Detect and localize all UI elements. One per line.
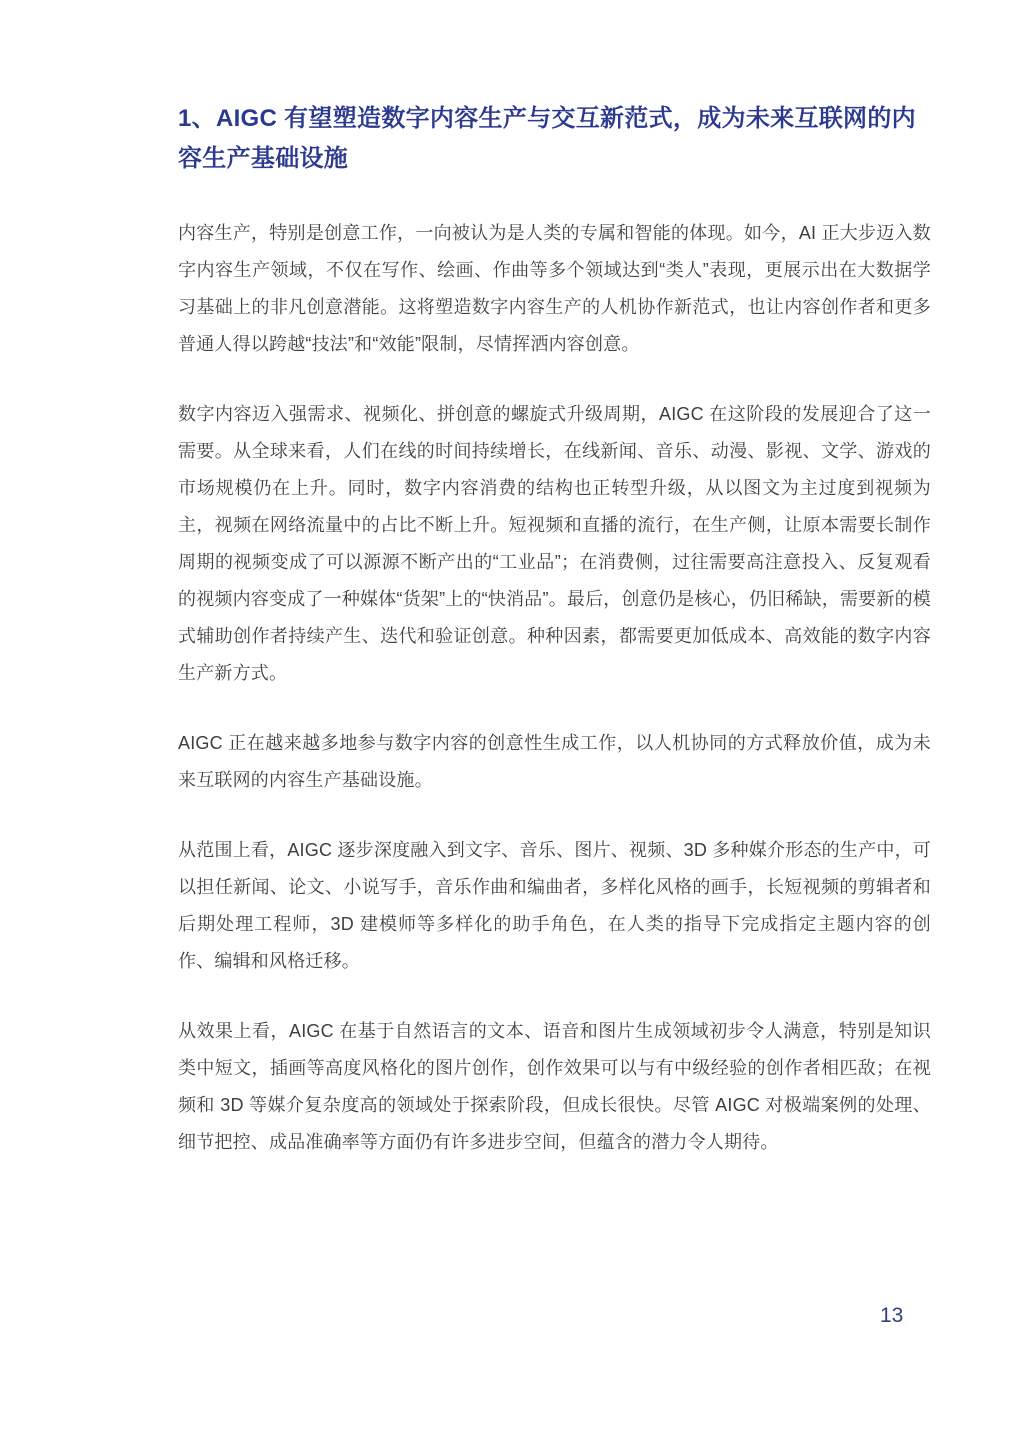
paragraph-effect: 从效果上看，AIGC 在基于自然语言的文本、语音和图片生成领域初步令人满意，特别… — [178, 1013, 931, 1161]
paragraph-intro: 内容生产，特别是创意工作，一向被认为是人类的专属和智能的体现。如今，AI 正大步… — [178, 215, 931, 363]
paragraph-scope: 从范围上看，AIGC 逐步深度融入到文字、音乐、图片、视频、3D 多种媒介形态的… — [178, 832, 931, 980]
paragraph-aigc-infrastructure: AIGC 正在越来越多地参与数字内容的创意性生成工作，以人机协同的方式释放价值，… — [178, 725, 931, 799]
document-page: 1、AIGC 有望塑造数字内容生产与交互新范式，成为未来互联网的内容生产基础设施… — [0, 0, 1029, 1440]
section-heading: 1、AIGC 有望塑造数字内容生产与交互新范式，成为未来互联网的内容生产基础设施 — [178, 99, 931, 179]
paragraph-digital-content-cycle: 数字内容迈入强需求、视频化、拼创意的螺旋式升级周期，AIGC 在这阶段的发展迎合… — [178, 396, 931, 692]
page-content: 1、AIGC 有望塑造数字内容生产与交互新范式，成为未来互联网的内容生产基础设施… — [178, 99, 931, 1194]
page-number: 13 — [880, 1302, 903, 1330]
